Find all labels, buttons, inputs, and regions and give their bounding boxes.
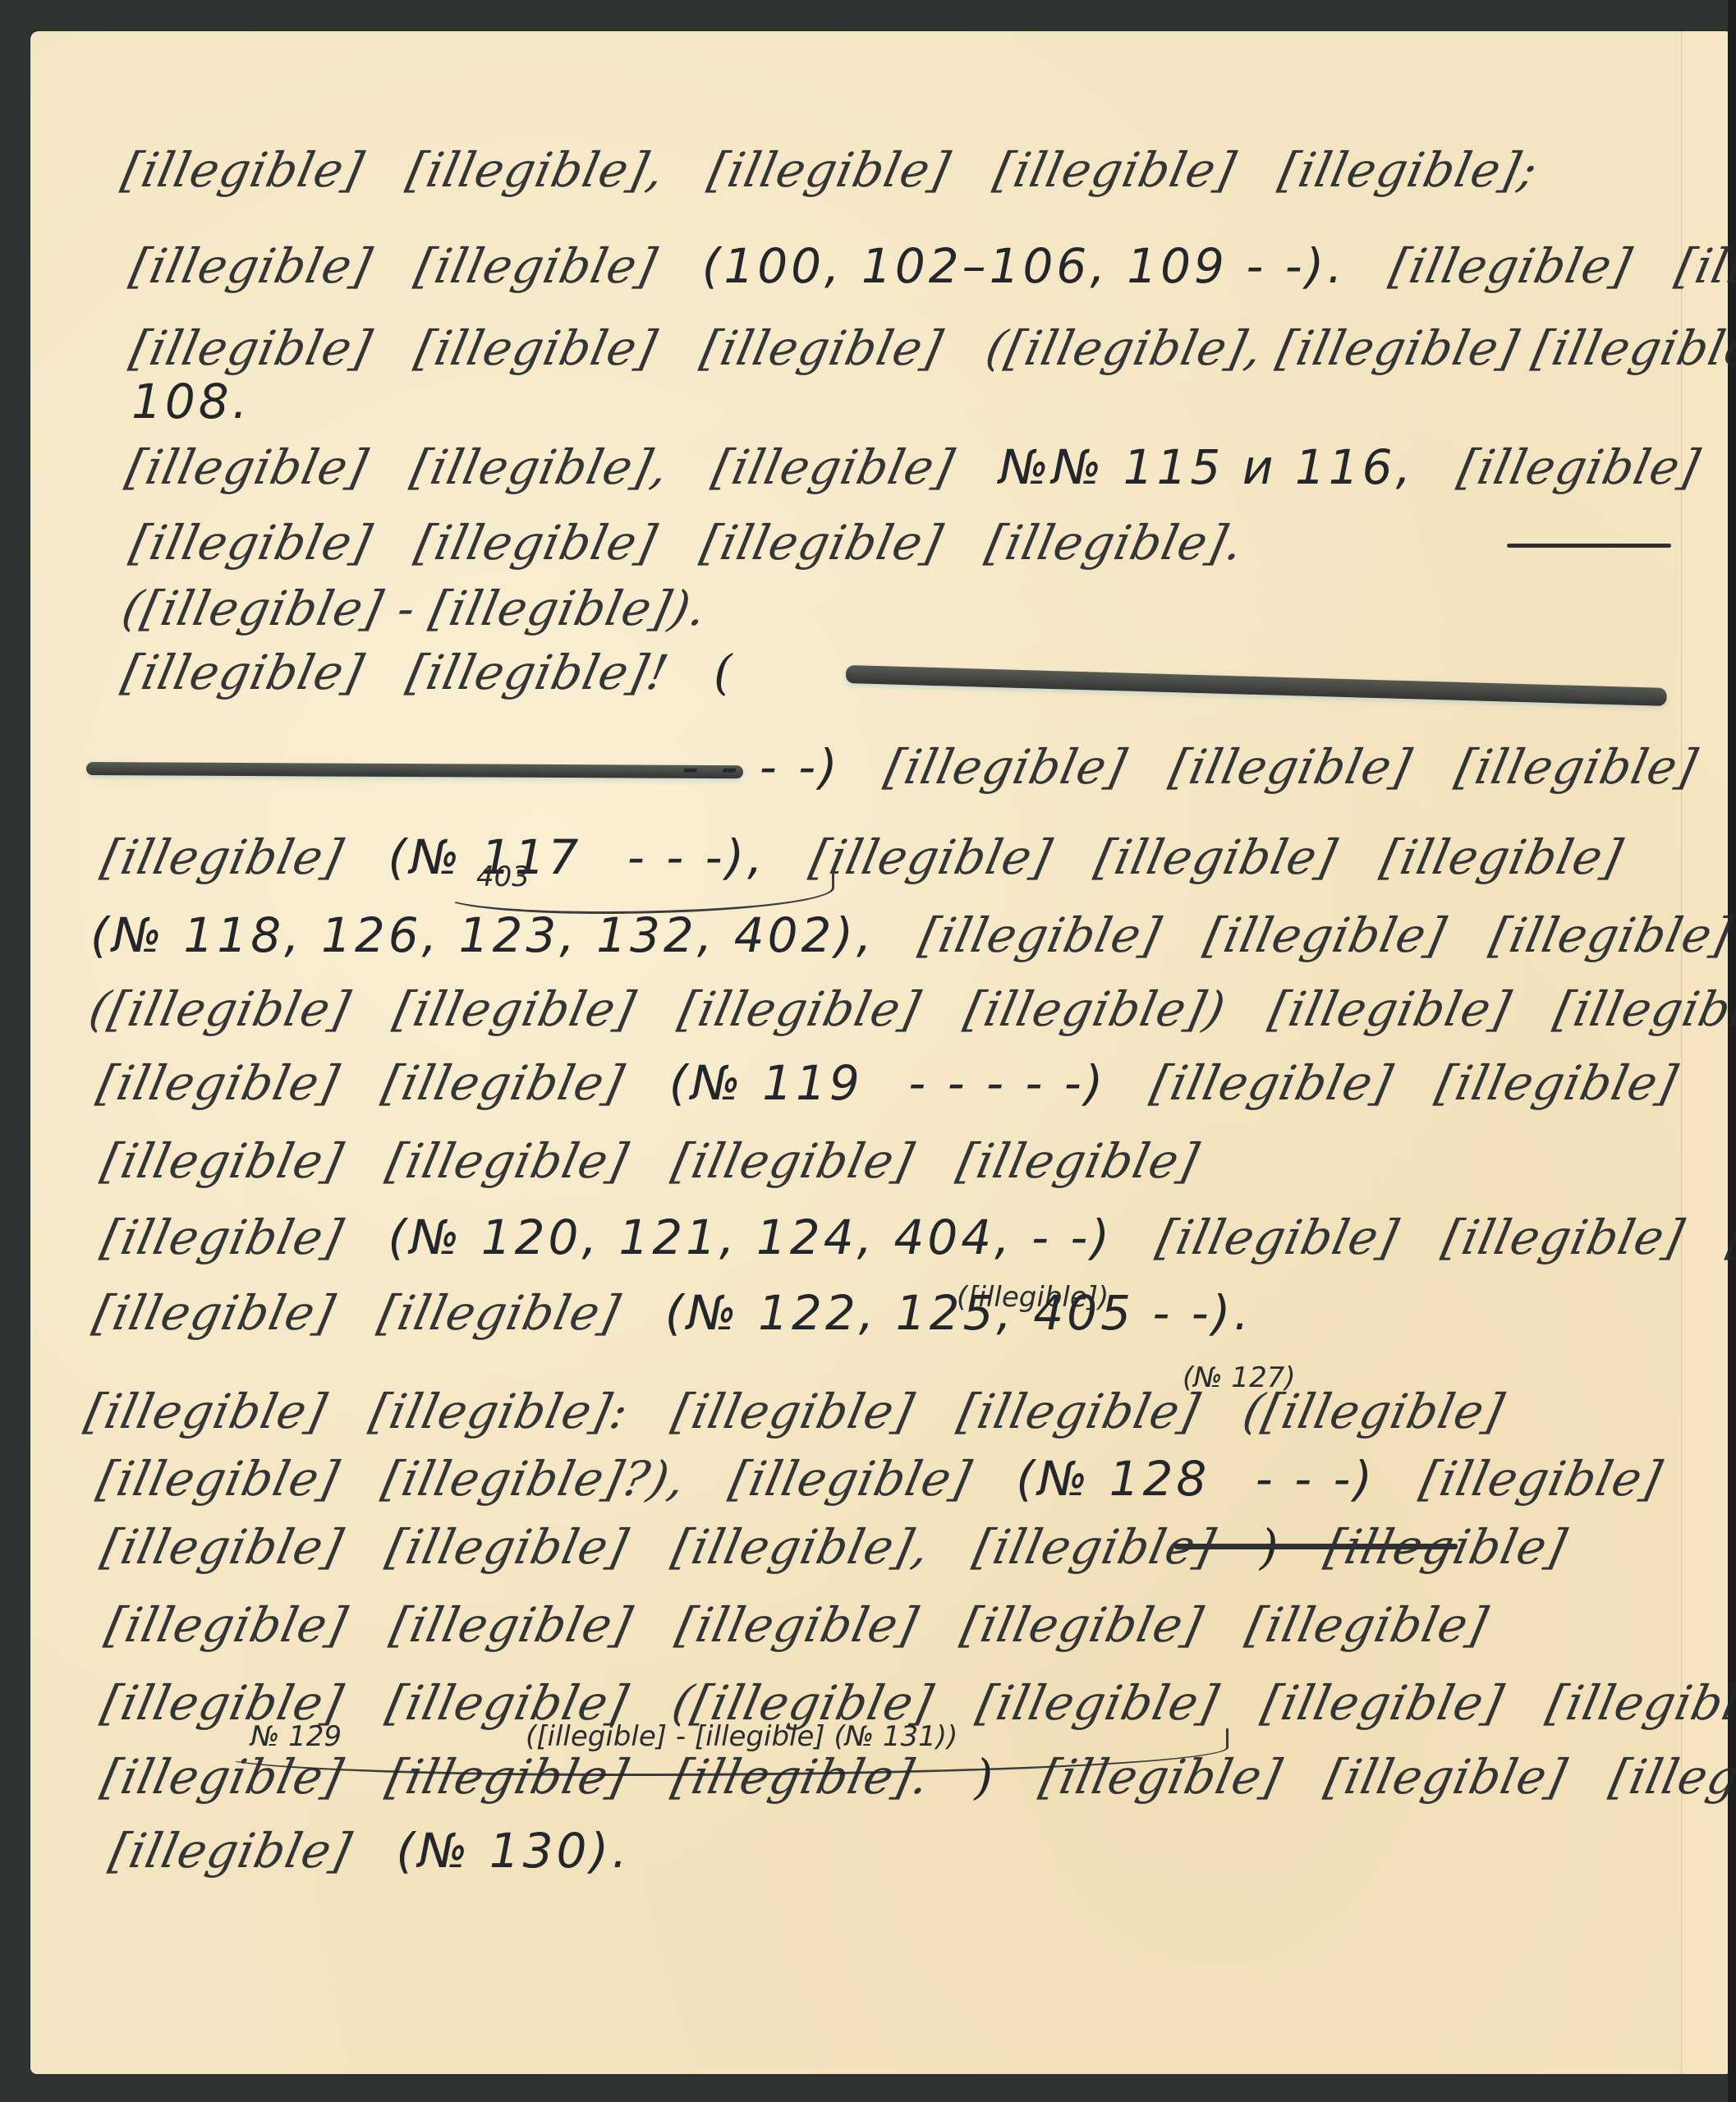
word: [illegible] xyxy=(1486,911,1735,959)
word: [illegible]. xyxy=(668,1753,935,1801)
manuscript-line-13: [illegible] [illegible] (№ 119 - - - - -… xyxy=(99,1059,1705,1107)
manuscript-line-15: [illegible] (№ 120, 121, 124, 404, - -) … xyxy=(103,1214,1736,1261)
close-paren: ) xyxy=(975,1753,996,1801)
manuscript-line-17: [illegible] [illegible]: [illegible] [il… xyxy=(86,1388,1532,1435)
ellipsis: - - - - -) xyxy=(908,1059,1106,1107)
word: [illegible] xyxy=(1091,833,1341,881)
word: [illegible] xyxy=(374,1289,624,1337)
word: [illegible] xyxy=(916,911,1165,959)
word: [illegible] xyxy=(411,519,661,567)
word: [illegible] xyxy=(806,833,1056,881)
manuscript-line-7: ([illegible] - [illegible]). xyxy=(123,585,734,632)
word: [illegible] xyxy=(102,1601,351,1649)
manuscript-line-10: [illegible] (№ 117 - - -), [illegible] [… xyxy=(103,833,1650,881)
word: [illegible] xyxy=(697,324,947,372)
word: [illegible] xyxy=(383,1523,632,1571)
word: [illegible] xyxy=(1036,1753,1285,1801)
reference-numbers: (№ 122, 125, 405 - -). xyxy=(665,1289,1252,1337)
strikeout-mark xyxy=(1507,544,1671,548)
word: [illegible] xyxy=(953,1388,1203,1435)
word: [illegible], xyxy=(668,1523,935,1571)
word: [illegible] xyxy=(1439,1214,1688,1261)
manuscript-line-16: [illegible] [illegible] (№ 122, 125, 405… xyxy=(94,1289,1280,1337)
word: [illegible] xyxy=(383,1137,632,1185)
manuscript-line-3: [illegible] [illegible] [illegible] ([il… xyxy=(131,324,1736,372)
reference-number: (№ 119 xyxy=(669,1059,863,1107)
word: [illegible]! xyxy=(403,649,673,696)
word: [illegible] xyxy=(1386,242,1636,290)
open-paren: ( xyxy=(714,649,735,696)
reference-numbers: (100, 102–106, 109 - -). xyxy=(702,242,1346,290)
manuscript-line-11: (№ 118, 126, 123, 132, 402), [illegible]… xyxy=(90,911,1736,959)
word: [illegible] xyxy=(383,1753,632,1801)
word: [illegible] xyxy=(1671,242,1736,290)
word: [illegible] xyxy=(411,324,661,372)
manuscript-line-22: [illegible] [illegible] [illegible]. ) [… xyxy=(103,1753,1736,1801)
word: [illegible], xyxy=(407,443,673,491)
word: [illegible] xyxy=(953,1137,1203,1185)
word: [illegible] xyxy=(1265,985,1515,1033)
manuscript-line-2: [illegible] [illegible] (100, 102–106, 1… xyxy=(131,242,1736,290)
word: [illegible] xyxy=(1550,985,1736,1033)
manuscript-line-20: [illegible] [illegible] [illegible] [ill… xyxy=(107,1601,1515,1649)
ellipsis: - - - -) xyxy=(682,743,841,791)
word: [illegible] xyxy=(973,1679,1223,1727)
reference-numbers: (№ 120, 121, 124, 404, - -) xyxy=(388,1214,1113,1261)
reference-number: (№ 130). xyxy=(396,1827,630,1875)
word: [illegible] xyxy=(1416,1455,1665,1503)
word: [illegible] xyxy=(90,1289,339,1337)
word: [illegible] xyxy=(98,1753,347,1801)
word: [illegible] xyxy=(379,1059,628,1107)
reference-number: 108. xyxy=(131,378,250,425)
reference-number: (№ 128 xyxy=(1016,1455,1210,1503)
word: [illegible] xyxy=(668,1388,918,1435)
manuscript-line-9: - - - -) [illegible] [illegible] [illegi… xyxy=(682,743,1725,791)
word: ([illegible] - [illegible]). xyxy=(118,585,711,632)
word: [illegible] xyxy=(673,1601,922,1649)
word: [illegible] xyxy=(98,833,347,881)
word: [illegible] xyxy=(1153,1214,1403,1261)
manuscript-line-18: [illegible] [illegible]?), [illegible] (… xyxy=(99,1455,1688,1503)
word: [illegible] xyxy=(126,242,376,290)
word: [illegible] xyxy=(1377,833,1627,881)
word: [illegible] xyxy=(126,324,376,372)
word: [illegible] xyxy=(668,1137,918,1185)
manuscript-line-4: 108. xyxy=(131,378,278,425)
word: [illegible] xyxy=(390,985,640,1033)
word: [illegible] xyxy=(98,1523,347,1571)
word: [illegible] xyxy=(881,743,1131,791)
word: [illegible] xyxy=(675,985,925,1033)
word: [illegible] xyxy=(1321,1753,1571,1801)
word: [illegible] xyxy=(94,1059,343,1107)
word: [illegible] xyxy=(126,519,376,567)
word: [illegible] xyxy=(958,1601,1207,1649)
ellipsis: - - -) xyxy=(1256,1455,1375,1503)
word: [illegible] xyxy=(1258,1679,1508,1727)
word: [illegible]; xyxy=(1275,146,1542,194)
word: [illegible] xyxy=(411,242,661,290)
word: [illegible]. xyxy=(982,519,1248,567)
word: [illegible] xyxy=(118,649,368,696)
manuscript-line-6: [illegible] [illegible] [illegible] [ill… xyxy=(131,519,1270,567)
manuscript-line-8: [illegible] [illegible]! ( xyxy=(123,649,763,696)
word: [illegible] xyxy=(705,146,954,194)
word: [illegible] xyxy=(1201,911,1450,959)
reference-numbers: №№ 115 и 116, xyxy=(999,443,1415,491)
word: [illegible] xyxy=(697,519,947,567)
word: [illegible] xyxy=(81,1388,331,1435)
word: [illegible] xyxy=(1166,743,1416,791)
word: [illegible], xyxy=(403,146,669,194)
reference-numbers: (№ 118, 126, 123, 132, 402), xyxy=(90,911,875,959)
word: [illegible] xyxy=(387,1601,636,1649)
word: [illegible] xyxy=(1606,1753,1736,1801)
word: [illegible]: xyxy=(366,1388,633,1435)
word: [illegible] xyxy=(106,1827,356,1875)
word: [illegible] xyxy=(1147,1059,1397,1107)
word: [illegible]?), xyxy=(379,1455,690,1503)
word: [illegible]) xyxy=(961,985,1230,1033)
manuscript-line-12: ([illegible] [illegible] [illegible] [il… xyxy=(90,985,1736,1033)
word: [illegible] xyxy=(1242,1601,1492,1649)
word: [illegible] xyxy=(98,1214,347,1261)
word: [illegible] xyxy=(990,146,1239,194)
word: [illegible] xyxy=(118,146,368,194)
manuscript-line-14: [illegible] [illegible] [illegible] [ill… xyxy=(103,1137,1226,1185)
word: [illegible] xyxy=(1724,1214,1736,1261)
word: [illegible] xyxy=(709,443,958,491)
manuscript-line-5: [illegible] [illegible], [illegible] №№ … xyxy=(127,443,1727,491)
strikeout-mark xyxy=(1174,1544,1458,1549)
word: [illegible] xyxy=(98,1137,347,1185)
word: [illegible] xyxy=(1432,1059,1682,1107)
word: ([illegible], [illegible] [illegible]), xyxy=(982,324,1736,372)
word: [illegible] xyxy=(1454,443,1704,491)
word: [illegible] xyxy=(122,443,372,491)
word: ([illegible] xyxy=(85,985,355,1033)
word: [illegible] xyxy=(1452,743,1702,791)
word: ([illegible] xyxy=(1239,1388,1509,1435)
manuscript-line-1: [illegible] [illegible], [illegible] [il… xyxy=(123,146,1564,194)
word: [illegible] xyxy=(1543,1679,1736,1727)
manuscript-line-23: [illegible] (№ 130). xyxy=(111,1827,659,1875)
word: [illegible] xyxy=(726,1455,976,1503)
word: [illegible] xyxy=(94,1455,343,1503)
